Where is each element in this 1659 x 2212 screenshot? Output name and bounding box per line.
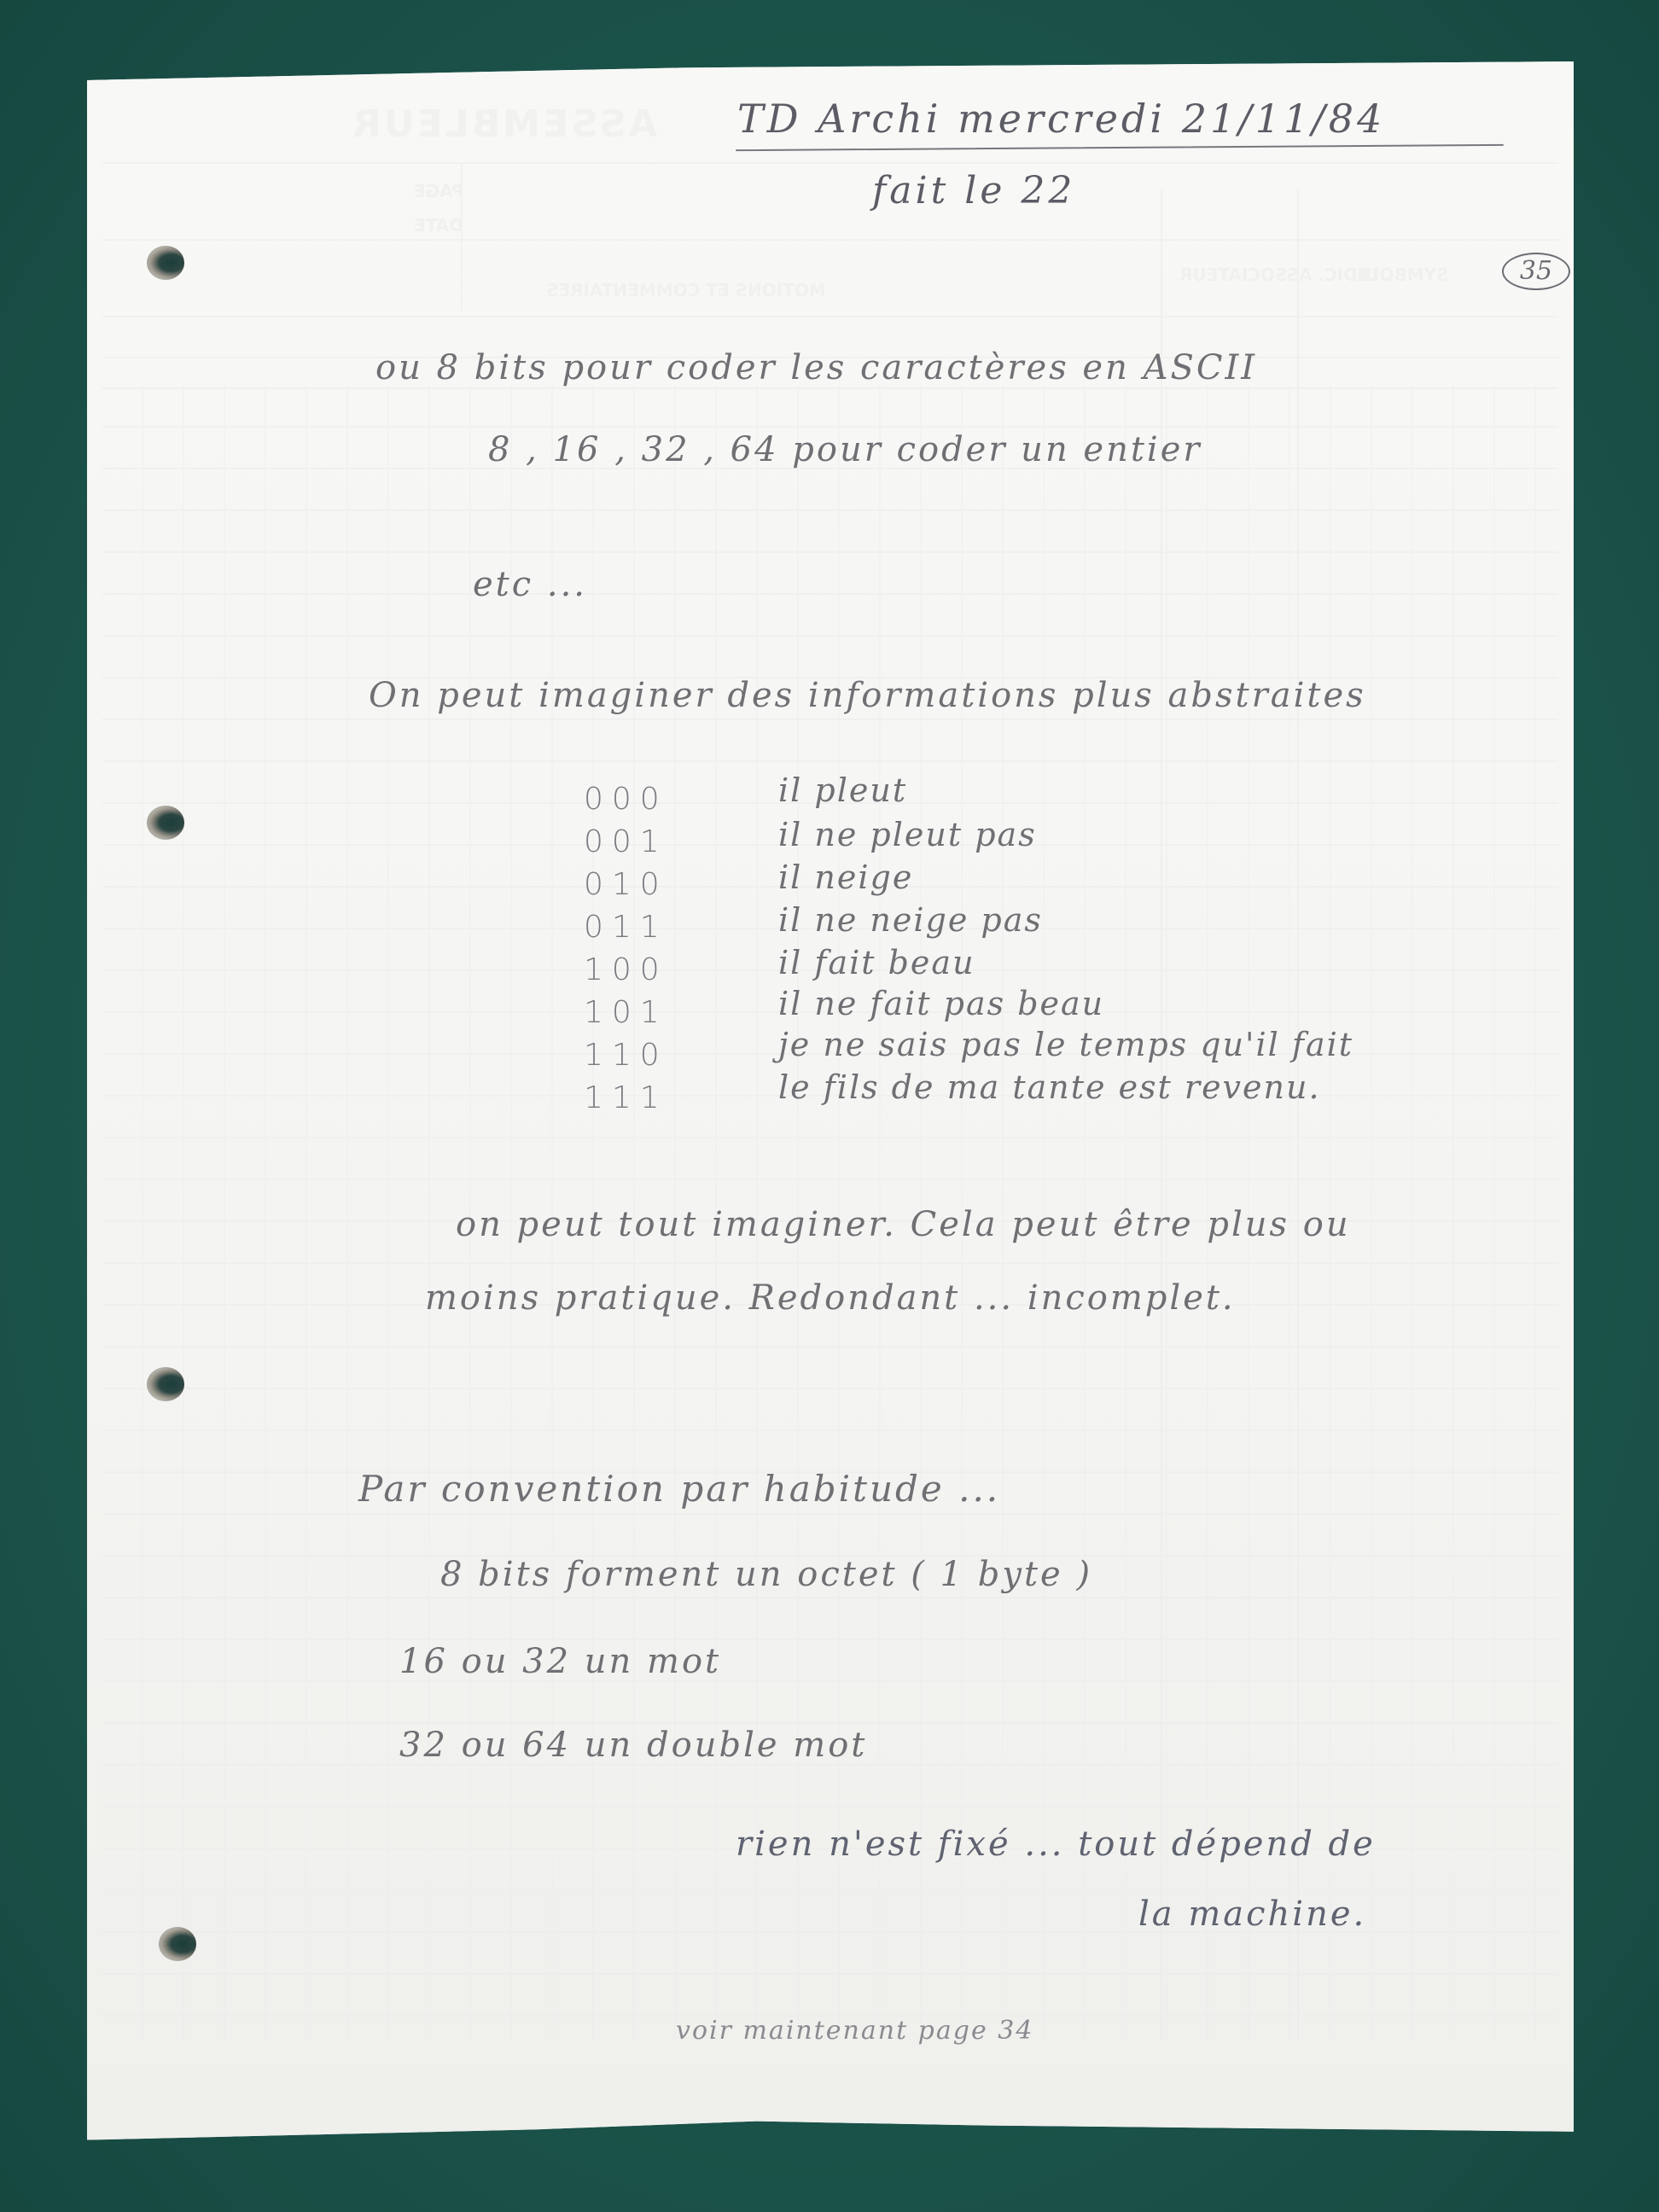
encoding-meaning: il ne fait pas beau <box>778 985 1104 1022</box>
form-ghost-row <box>102 239 1558 241</box>
form-ghost-label: DATE <box>414 215 463 236</box>
form-ghost-label: PAGE <box>414 181 463 201</box>
page-title: TD Archi mercredi 21/11/84 <box>737 96 1385 142</box>
encoding-code: 001 <box>584 824 668 859</box>
encoding-code: 100 <box>584 952 668 987</box>
form-ghost-col <box>461 164 463 311</box>
note-line: 8 bits forment un octet ( 1 byte ) <box>440 1555 1092 1594</box>
encoding-code: 011 <box>584 910 668 945</box>
encoding-code: 101 <box>584 995 668 1030</box>
encoding-meaning: je ne sais pas le temps qu'il fait <box>778 1026 1353 1063</box>
page-number: 35 <box>1502 253 1570 290</box>
punch-hole <box>147 1367 184 1401</box>
note-line: on peut tout imaginer. Cela peut être pl… <box>456 1205 1351 1244</box>
form-ghost-label: SYMBOLE <box>1357 265 1448 285</box>
encoding-code: 000 <box>584 782 668 817</box>
punch-hole <box>159 1927 196 1961</box>
note-line: etc ... <box>473 565 587 604</box>
title-underline <box>736 144 1504 151</box>
encoding-meaning: il ne pleut pas <box>778 816 1037 853</box>
punch-hole <box>147 246 184 280</box>
note-line: la machine. <box>1138 1895 1366 1934</box>
encoding-code: 110 <box>584 1038 668 1073</box>
form-ghost-label: MOTIONS ET COMMENTAIRES <box>546 280 826 300</box>
encoding-code: 010 <box>584 867 668 902</box>
form-ghost-title: ASSEMBLEUR <box>350 102 658 146</box>
encoding-meaning: le fils de ma tante est revenu. <box>778 1068 1321 1106</box>
form-ghost-row <box>102 316 1558 317</box>
note-line: 32 ou 64 un double mot <box>399 1726 867 1765</box>
section-intro: On peut imaginer des informations plus a… <box>369 676 1366 715</box>
page-subtitle: fait le 22 <box>872 169 1075 212</box>
encoding-meaning: il ne neige pas <box>778 901 1043 939</box>
encoding-meaning: il fait beau <box>778 944 975 981</box>
section-heading: Par convention par habitude ... <box>358 1468 1000 1510</box>
encoding-code: 111 <box>584 1080 668 1115</box>
note-line: ou 8 bits pour coder les caractères en A… <box>375 348 1257 387</box>
paper-sheet: ASSEMBLEUR PAGE DATE MOTIONS ET COMMENTA… <box>87 61 1574 2142</box>
form-ghost-label: INDIC. ASSOCIATEUR <box>1179 265 1378 285</box>
note-line: 8 , 16 , 32 , 64 pour coder un entier <box>488 430 1202 469</box>
form-ghost-col <box>1297 189 1299 2040</box>
note-line: 16 ou 32 un mot <box>399 1642 721 1681</box>
note-line: rien n'est fixé ... tout dépend de <box>736 1825 1376 1864</box>
form-ghost-col <box>1297 241 1299 387</box>
footer-note: voir maintenant page 34 <box>676 2016 1033 2046</box>
encoding-meaning: il pleut <box>778 771 907 809</box>
note-line: moins pratique. Redondant ... incomplet. <box>425 1278 1236 1318</box>
punch-hole <box>147 806 184 840</box>
encoding-meaning: il neige <box>778 859 913 896</box>
